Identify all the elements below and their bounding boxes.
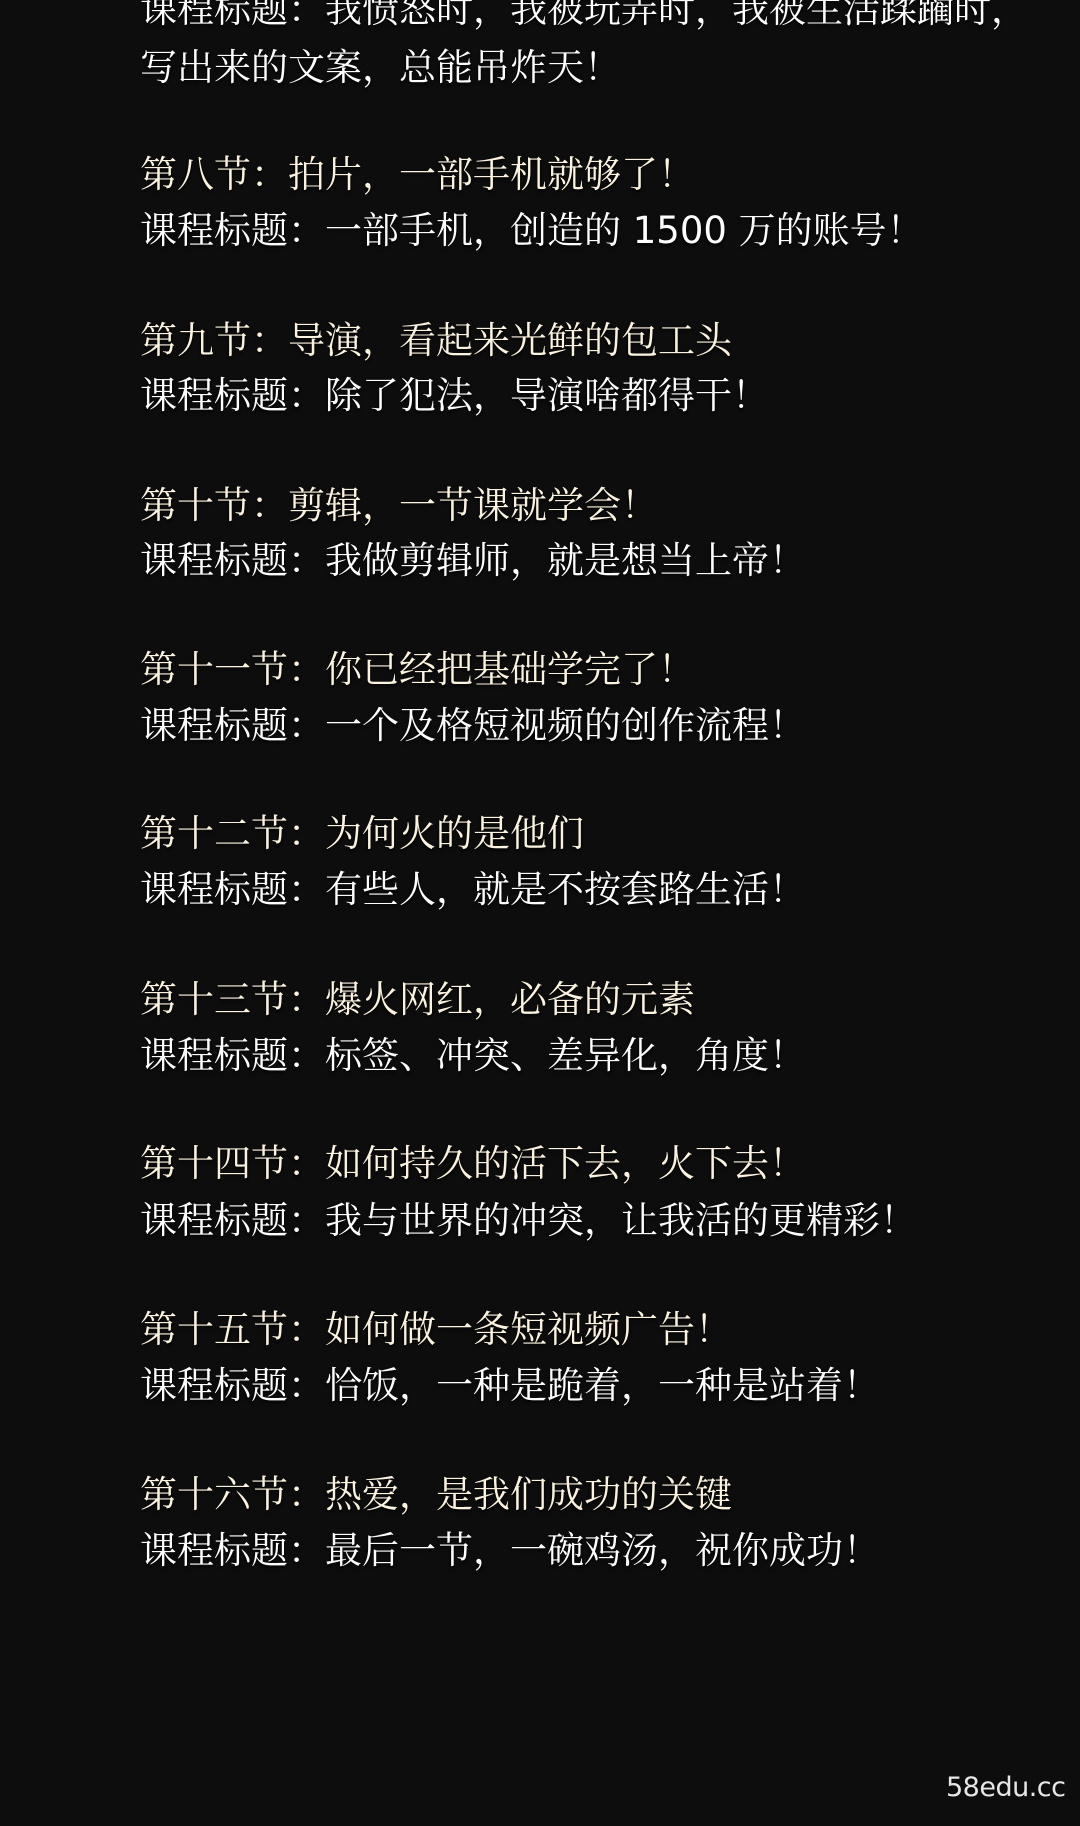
section-title: 课程标题：标签、冲突、差异化，角度！ (140, 1034, 806, 1078)
section-title: 课程标题：恰饭，一种是跪着，一种是站着！ (140, 1364, 880, 1408)
watermark: 58edu.cc (946, 1770, 1066, 1806)
intro-title-line-1: 课程标题：我愤怒时，我被玩弄时，我被生活蹂躏时， (140, 0, 1028, 32)
section-title: 课程标题：我与世界的冲突，让我活的更精彩！ (140, 1199, 917, 1243)
section-header: 第十二节：为何火的是他们 (140, 812, 584, 856)
section-title: 课程标题：有些人，就是不按套路生活！ (140, 868, 806, 912)
section-title: 课程标题：除了犯法，导演啥都得干！ (140, 374, 769, 418)
section-header: 第十五节：如何做一条短视频广告！ (140, 1308, 732, 1352)
section-title: 课程标题：一部手机，创造的 1500 万的账号！ (140, 209, 924, 253)
section-header: 第九节：导演，看起来光鲜的包工头 (140, 319, 732, 363)
section-title: 课程标题：最后一节，一碗鸡汤，祝你成功！ (140, 1529, 880, 1573)
section-title: 课程标题：我做剪辑师，就是想当上帝！ (140, 539, 806, 583)
section-header: 第十节：剪辑，一节课就学会！ (140, 484, 658, 528)
section-header: 第十六节：热爱，是我们成功的关键 (140, 1473, 732, 1517)
section-header: 第十四节：如何持久的活下去，火下去！ (140, 1142, 806, 1186)
intro-title-line-2: 写出来的文案，总能吊炸天！ (140, 46, 621, 90)
section-header: 第十一节：你已经把基础学完了！ (140, 648, 695, 692)
section-title: 课程标题：一个及格短视频的创作流程！ (140, 704, 806, 748)
section-header: 第八节：拍片，一部手机就够了！ (140, 153, 695, 197)
section-header: 第十三节：爆火网红，必备的元素 (140, 978, 695, 1022)
